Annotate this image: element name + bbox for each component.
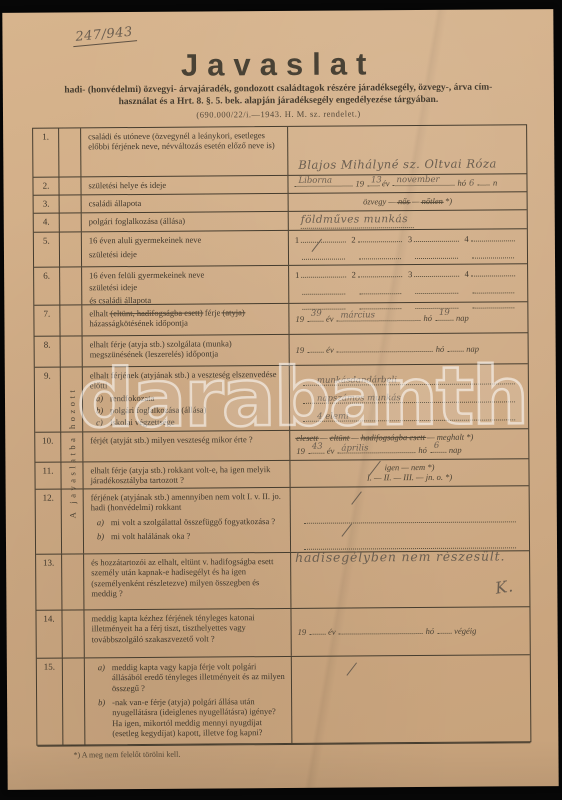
form-row-9: 9. elhalt férjének (atyjának stb.) a ves…	[35, 364, 528, 432]
question-line1: 16 éven felüli gyermekeinek neve	[89, 269, 283, 281]
child-marker: 2	[351, 234, 355, 244]
form-row-6: 6. 16 éven felüli gyermekeinek neve szül…	[34, 264, 527, 305]
question-struck-text: (atyja)	[222, 307, 244, 317]
side-label-vertical: A javaslatba hozott	[61, 336, 85, 568]
printed-ho: hó	[423, 313, 432, 323]
dash: —	[388, 197, 396, 207]
sub-item-label: b)	[98, 697, 112, 739]
row-number: 7.	[34, 306, 60, 336]
dotted-blank	[358, 234, 402, 242]
printed-19: 19	[296, 446, 305, 456]
row-number: 11.	[35, 463, 61, 489]
dotted-blank	[472, 286, 515, 294]
sub-item-label: b)	[96, 405, 110, 415]
form-row-5: 5. 16 éven aluli gyermekeinek neve szüle…	[34, 229, 527, 267]
printed-19: 19	[355, 178, 364, 188]
handwritten-year: 43	[312, 442, 323, 452]
printed-ho: hó	[418, 445, 427, 455]
option-notlen-struck: nőtlen	[422, 196, 443, 206]
sub-item-label: a)	[96, 393, 110, 403]
decree-reference: (690.000/22/i.—1943. H. M. sz. rendelet.…	[3, 107, 554, 121]
question-cell: születési helye és ideje	[81, 176, 288, 194]
side-strip-cell	[60, 267, 82, 304]
sub-item-text: -nak van-e férje (atyja) polgári állása …	[112, 696, 286, 739]
dotted-blank	[301, 270, 345, 278]
option-hadifogsag-struck: hadifogságba esett	[361, 432, 425, 442]
dotted-blank	[358, 269, 402, 277]
dotted-blank	[437, 626, 451, 634]
question-text: férje	[203, 307, 223, 317]
option-classes: I. — II. — III. — jn. o. *)	[297, 472, 523, 484]
side-strip-cell	[60, 232, 82, 266]
question-cell: elhalt (eltünt, hadifogságba esett) férj…	[82, 304, 289, 335]
dotted-blank: 43	[308, 446, 324, 454]
printed-19: 19	[295, 314, 304, 324]
question-struck-text: (eltünt, hadifogságba esett)	[110, 308, 202, 319]
sub-item-label: b)	[97, 531, 111, 541]
printed-ev: év	[328, 627, 336, 637]
row-number: 1.	[33, 129, 59, 177]
answer-cell	[291, 486, 529, 552]
question-cell: 16 éven felüli gyermekeinek neve születé…	[82, 266, 289, 304]
handwritten-month: április	[341, 443, 368, 454]
answer-cell: földműves munkás	[289, 210, 527, 230]
question-text: házasságkötésének időpontja	[89, 318, 188, 329]
dotted-blank: munkásdandárbeli	[303, 376, 515, 385]
side-strip-cell	[60, 305, 82, 335]
printed-ho: hó	[426, 626, 435, 636]
handwritten-year: 13	[371, 176, 382, 186]
dotted-blank: Liborna	[294, 178, 352, 186]
answer-cell: 1 2 3 4	[289, 264, 527, 303]
printed-ev: év	[382, 178, 390, 188]
side-strip-cell	[63, 658, 86, 745]
row-number: 14.	[36, 611, 62, 658]
child-marker: 1	[295, 235, 299, 245]
row-number: 12.	[36, 490, 62, 554]
question-text: férjének (atyjának stb.) amennyiben nem …	[91, 491, 285, 513]
form-row-14: 14. meddig kapta kézhez férjének tényleg…	[36, 607, 529, 658]
form-row-1: 1. családi és utóneve (özvegynél a leány…	[33, 125, 526, 177]
dotted-blank	[339, 626, 423, 635]
handwritten-occupation: földműves munkás	[301, 213, 414, 229]
option-nos-struck: nős	[398, 196, 410, 206]
sub-item-text: polgári foglalkozása (állása)	[110, 405, 206, 416]
question-cell: meddig kapta kézhez férjének tényleges k…	[84, 609, 291, 657]
answer-cell: Blajos Mihályné sz. Oltvai Róza	[288, 125, 526, 175]
dotted-blank	[302, 252, 345, 260]
question-cell: elhalt férje (atyja stb.) rokkant volt-e…	[83, 461, 290, 488]
printed-ev: év	[326, 313, 334, 323]
question-line2: születési ideje	[89, 281, 283, 293]
subtitle: hadi- (honvédelmi) özvegyi- árvajáradék,…	[17, 82, 540, 109]
printed-vegeig: végéig	[454, 626, 476, 637]
row-number: 2.	[33, 178, 59, 195]
handwritten-day: 6	[469, 178, 475, 188]
printed-nap: nap	[456, 312, 469, 322]
answer-cell: 19 év hó nap	[290, 333, 528, 365]
dotted-blank	[414, 234, 458, 242]
side-strip-cell	[59, 128, 81, 176]
dotted-blank: március	[336, 313, 420, 322]
form-row-11: 11. elhalt férje (atyja stb.) rokkant vo…	[35, 459, 528, 489]
handwritten-slash-mark	[341, 523, 352, 537]
child-marker: 3	[408, 269, 412, 279]
dotted-blank	[359, 287, 402, 295]
question-cell: 16 éven aluli gyermekeinek neve születés…	[82, 231, 289, 266]
question-cell: férjét (atyját stb.) milyen veszteség mi…	[83, 431, 290, 461]
handwritten-initials: K.	[494, 576, 515, 598]
sub-item-text: iskolai végzettsége	[110, 417, 175, 428]
form-row-10: 10. férjét (atyját stb.) milyen vesztesé…	[35, 429, 528, 462]
sub-item-label: c)	[96, 418, 110, 428]
child-marker: 1	[295, 270, 299, 280]
answer-cell	[292, 655, 531, 744]
dotted-blank: november	[393, 178, 455, 186]
question-line2: születési ideje	[89, 248, 283, 260]
dotted-blank	[301, 235, 345, 243]
subtitle-line2: használat és a Hrt. 8. §. 5. bek. alapjá…	[119, 95, 439, 107]
form-row-13: 13. és hozzátartozói az elhalt, eltünt v…	[36, 551, 529, 610]
printed-ho: hó	[458, 178, 467, 188]
handwritten-year: 39	[311, 309, 322, 319]
printed-nap: nap	[466, 343, 479, 353]
handwritten-day: 19	[439, 308, 450, 318]
dotted-blank	[471, 268, 515, 276]
dotted-blank	[337, 344, 433, 353]
dotted-blank	[414, 269, 458, 277]
sub-item-label: a)	[98, 662, 112, 693]
child-marker: 4	[465, 269, 469, 279]
printed-nap: nap	[449, 445, 462, 455]
handwritten-name: Blajos Mihályné sz. Oltvai Róza	[298, 156, 497, 171]
question-cell: férjének (atyjának stb.) amennyiben nem …	[84, 488, 291, 553]
row-number: 4.	[34, 214, 60, 232]
answer-cell: elesett — eltünt — hadifogságba esett — …	[290, 429, 528, 460]
question-text: elhalt férjének (atyjának stb.) a veszte…	[90, 369, 284, 391]
dotted-blank: 39	[307, 314, 323, 322]
handwritten-rank: munkásdandárbeli	[317, 375, 397, 386]
dotted-blank	[478, 177, 490, 185]
sub-item-text: rendfokozata	[110, 393, 154, 404]
dotted-blank	[415, 286, 458, 294]
question-cell: és hozzátartozói az elhalt, eltünt v. ha…	[84, 553, 291, 609]
handwritten-day: 6	[434, 441, 439, 451]
handwritten-month: március	[340, 311, 375, 322]
dotted-blank	[415, 251, 458, 259]
answer-cell: 1 2 3 4	[289, 229, 527, 265]
sub-item-text: mi volt a szolgálattal összefüggő fogyat…	[111, 516, 275, 528]
answer-cell: 19 év hó végéig	[291, 607, 529, 656]
question-text: elhalt	[89, 308, 110, 318]
row-number: 13.	[36, 555, 62, 610]
dotted-blank: 6	[430, 445, 446, 453]
handwritten-slash-mark	[351, 491, 362, 505]
dotted-blank	[302, 287, 345, 295]
answer-cell: 1939 év március hó 19 nap	[289, 302, 527, 334]
answer-cell: munkásdandárbeli napszámos munkás 4 elem…	[290, 364, 528, 430]
printed-ho: hó	[436, 344, 445, 354]
printed-19: 19	[296, 345, 305, 355]
paper-sheet: 247/943 Javaslat hadi- (honvédelmi) özve…	[2, 9, 558, 790]
form-table: 1. családi és utóneve (özvegynél a leány…	[32, 124, 531, 745]
dotted-blank	[307, 345, 323, 353]
printed-ev: év	[326, 344, 334, 354]
question-line1: 16 éven aluli gyermekeinek neve	[89, 234, 283, 246]
option-eltunt-struck: eltünt	[330, 433, 349, 443]
child-marker: 2	[352, 269, 356, 279]
dotted-blank: napszámos munkás	[303, 394, 515, 403]
dotted-blank	[309, 627, 325, 635]
question-cell: családi és utóneve (özvegynél a leánykor…	[81, 127, 288, 176]
child-marker: 4	[464, 234, 468, 244]
printed-n: n	[493, 177, 497, 187]
side-strip-cell	[60, 195, 82, 212]
question-cell: családi állapota	[82, 194, 289, 212]
row-number: 10.	[35, 433, 61, 462]
form-row-8: 8. elhalt férje (atyja stb.) szolgálata …	[35, 333, 528, 367]
question-cell: elhalt férjének (atyjának stb.) a veszte…	[83, 366, 290, 431]
printed-ev: év	[327, 446, 335, 456]
dash: —	[412, 196, 420, 206]
form-row-15: 15. a)meddig kapta vagy kapja férje volt…	[37, 655, 531, 746]
dotted-blank	[304, 514, 516, 523]
option-ozvegy: özvegy	[363, 197, 386, 207]
row-number: 8.	[35, 337, 61, 367]
form-row-12: 12. férjének (atyjának stb.) amennyiben …	[36, 486, 529, 554]
dotted-blank	[471, 233, 515, 241]
question-cell: elhalt férje (atyja stb.) szolgálata (mu…	[83, 335, 290, 366]
row-number: 5.	[34, 233, 60, 267]
answer-cell: igen — nem *) I. — II. — III. — jn. o. *…	[290, 459, 528, 487]
sub-item-label: a)	[97, 517, 111, 527]
child-marker: 3	[408, 234, 412, 244]
subtitle-line1: hadi- (honvédelmi) özvegyi- árvajáradék,…	[64, 83, 492, 96]
sub-item-text: meddig kapta vagy kapja férje volt polgá…	[112, 661, 286, 693]
question-cell: a)meddig kapta vagy kapja férje volt pol…	[85, 657, 293, 745]
answer-cell: Liborna 1913 év november hó 6 n	[288, 174, 526, 193]
dotted-blank: 4 elemi	[303, 412, 515, 421]
side-strip-cell	[62, 610, 84, 657]
sub-item-text: mi volt halálának oka ?	[111, 531, 190, 542]
option-note: *)	[445, 196, 452, 206]
dotted-blank	[471, 251, 514, 259]
footnote: *) A meg nem felelőt törölni kell.	[73, 750, 180, 760]
side-strip-cell	[60, 213, 82, 231]
handwritten-schooling: 4 elemi	[317, 411, 349, 422]
row-number: 3.	[34, 196, 60, 213]
answer-cell: hadisegélyben nem részesült. K.	[291, 551, 529, 608]
side-strip-cell	[59, 177, 81, 194]
row-number: 6.	[34, 268, 60, 305]
question-cell: polgári foglalkozása (állása)	[82, 212, 289, 231]
dotted-blank	[447, 344, 463, 352]
dotted-blank	[358, 252, 401, 260]
page-title: Javaslat	[3, 45, 554, 85]
handwritten-slash-mark	[346, 662, 357, 676]
option-meghalt: meghalt *)	[437, 432, 474, 442]
handwritten-month: november	[396, 175, 439, 186]
handwritten-no-aid-note: hadisegélyben nem részesült.	[295, 548, 505, 565]
handwritten-occupation: napszámos munkás	[317, 393, 401, 404]
form-row-7: 7. elhalt (eltünt, hadifogságba esett) f…	[34, 302, 527, 336]
row-number: 15.	[37, 659, 64, 746]
file-number-handwritten: 247/943	[72, 24, 137, 47]
dash: —	[351, 432, 359, 442]
handwritten-birthplace: Liborna	[298, 176, 332, 187]
answer-cell: özvegy — nős — nőtlen *)	[289, 192, 527, 211]
dotted-blank: április	[337, 445, 415, 454]
dotted-blank: 13	[367, 178, 379, 186]
dotted-blank: 19	[435, 313, 453, 321]
printed-19: 19	[298, 627, 307, 637]
row-number: 9.	[35, 368, 61, 432]
